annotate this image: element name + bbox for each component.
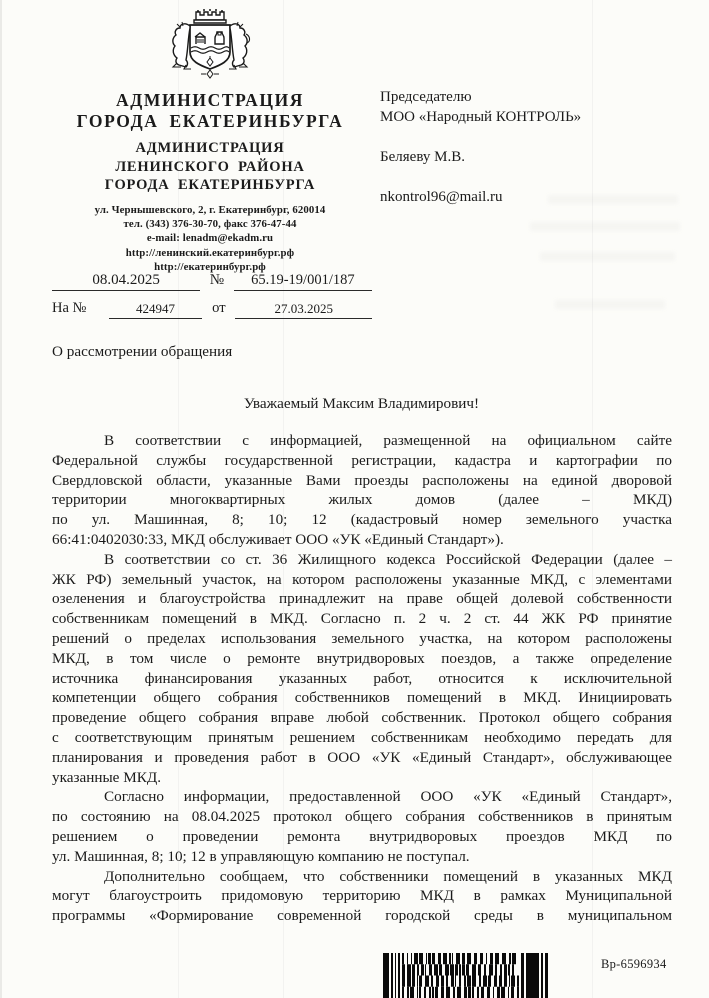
- bleed-through-artifact: [540, 252, 675, 261]
- from-label: от: [202, 300, 235, 319]
- org-title: АДМИНИСТРАЦИЯГОРОДА ЕКАТЕРИНБУРГА: [52, 90, 368, 132]
- outgoing-date: 08.04.2025: [52, 272, 200, 291]
- body-line: источника финансирования указанных работ…: [52, 669, 672, 689]
- recipient-line: МОО «Народный КОНТРОЛЬ»: [380, 107, 581, 127]
- body-line: решением о проведении ремонта внутридвор…: [52, 827, 672, 847]
- bleed-through-artifact: [530, 222, 680, 231]
- recipient-email: nkontrol96@mail.ru: [380, 187, 581, 207]
- body-line: планирования и проведения работ в ООО «У…: [52, 748, 672, 768]
- org-title-line: АДМИНИСТРАЦИЯ: [52, 90, 368, 111]
- paragraph: В соответствии со ст. 36 Жилищного кодек…: [52, 550, 672, 788]
- body-line: могут благоустроить придомовую территори…: [52, 886, 672, 906]
- body-line: указанные МКД.: [52, 768, 672, 788]
- body-line: по состоянию на 08.04.2025 протокол обще…: [52, 807, 672, 827]
- body-line: проведение общего собрания вправе любой …: [52, 708, 672, 728]
- dept-title: АДМИНИСТРАЦИЯЛЕНИНСКОГО РАЙОНАГОРОДА ЕКА…: [52, 139, 368, 195]
- body-line: ЖК РФ) земельный участок, на котором рас…: [52, 570, 672, 590]
- contact-line: тел. (343) 376-30-70, факс 376-47-44: [52, 217, 368, 231]
- body-line: 66:41:0402030:33, МКД обслуживает ООО «У…: [52, 530, 672, 550]
- body-line: ул. Машинная, 8; 10; 12 в управляющую ко…: [52, 847, 672, 867]
- recipient-block: ПредседателюМОО «Народный КОНТРОЛЬ» Беля…: [380, 87, 581, 207]
- contact-line: e-mail: lenadm@ekadm.ru: [52, 231, 368, 245]
- incoming-date: 27.03.2025: [235, 301, 372, 319]
- subject-line: О рассмотрении обращения: [52, 343, 232, 361]
- paragraph: В соответствии с информацией, размещенно…: [52, 431, 672, 550]
- body-line: Согласно информации, предоставленной ООО…: [52, 787, 672, 807]
- pdf417-barcode: [383, 953, 548, 998]
- body-line: В соответствии со ст. 36 Жилищного кодек…: [52, 550, 672, 570]
- contact-info: ул. Чернышевского, 2, г. Екатеринбург, 6…: [52, 203, 368, 275]
- salutation: Уважаемый Максим Владимирович!: [0, 395, 709, 413]
- org-title-line: ГОРОДА ЕКАТЕРИНБУРГА: [52, 111, 368, 132]
- body-line: Свердловской области, указанные Вами про…: [52, 471, 672, 491]
- incoming-number: 424947: [109, 301, 203, 319]
- body-line: Федеральной службы государственной регис…: [52, 451, 672, 471]
- body-line: МКД, в том числе о ремонте внутридворовы…: [52, 649, 672, 669]
- dept-title-line: ЛЕНИНСКОГО РАЙОНА: [52, 158, 368, 177]
- contact-line: http://ленинский.екатеринбург.рф: [52, 246, 368, 260]
- body-line: программы «Формирование современной горо…: [52, 906, 672, 926]
- contact-line: ул. Чернышевского, 2, г. Екатеринбург, 6…: [52, 203, 368, 217]
- recipient-title: ПредседателюМОО «Народный КОНТРОЛЬ»: [380, 87, 581, 127]
- recipient-line: Председателю: [380, 87, 581, 107]
- body-line: с соответствующим принятым решением собс…: [52, 728, 672, 748]
- letter-body: В соответствии с информацией, размещенно…: [52, 431, 672, 926]
- paragraph: Согласно информации, предоставленной ООО…: [52, 787, 672, 866]
- paragraph: Дополнительно сообщаем, что собственники…: [52, 867, 672, 926]
- body-line: компетенции общего собрания собственнико…: [52, 688, 672, 708]
- body-line: озеленения и благоустройства принадлежит…: [52, 589, 672, 609]
- outgoing-number: 65.19-19/001/187: [234, 272, 372, 291]
- barcode-label: Вр-6596934: [601, 957, 667, 972]
- reference-row-incoming: На № 424947 от 27.03.2025: [52, 300, 372, 319]
- scan-edge-artifact: [0, 0, 2, 998]
- number-sign: №: [200, 272, 234, 291]
- recipient-name: Беляеву М.В.: [380, 147, 581, 167]
- scanned-letter-page: АДМИНИСТРАЦИЯГОРОДА ЕКАТЕРИНБУРГА АДМИНИ…: [0, 0, 709, 998]
- ekaterinburg-coat-of-arms-icon: [160, 6, 260, 82]
- reference-row-outgoing: 08.04.2025 № 65.19-19/001/187: [52, 272, 372, 291]
- body-line: по ул. Машинная, 8; 10; 12 (кадастровый …: [52, 510, 672, 530]
- body-line: собственникам помещений в МКД. Согласно …: [52, 609, 672, 629]
- letterhead: АДМИНИСТРАЦИЯГОРОДА ЕКАТЕРИНБУРГА АДМИНИ…: [52, 6, 368, 275]
- bleed-through-artifact: [555, 300, 665, 309]
- body-line: решений о пределах использования земельн…: [52, 629, 672, 649]
- body-line: Дополнительно сообщаем, что собственники…: [52, 867, 672, 887]
- body-line: В соответствии с информацией, размещенно…: [52, 431, 672, 451]
- reference-block: 08.04.2025 № 65.19-19/001/187 На № 42494…: [52, 272, 372, 328]
- dept-title-line: ГОРОДА ЕКАТЕРИНБУРГА: [52, 176, 368, 195]
- body-line: территории многоквартирных жилых домов (…: [52, 490, 672, 510]
- reply-to-label: На №: [52, 300, 105, 319]
- dept-title-line: АДМИНИСТРАЦИЯ: [52, 139, 368, 158]
